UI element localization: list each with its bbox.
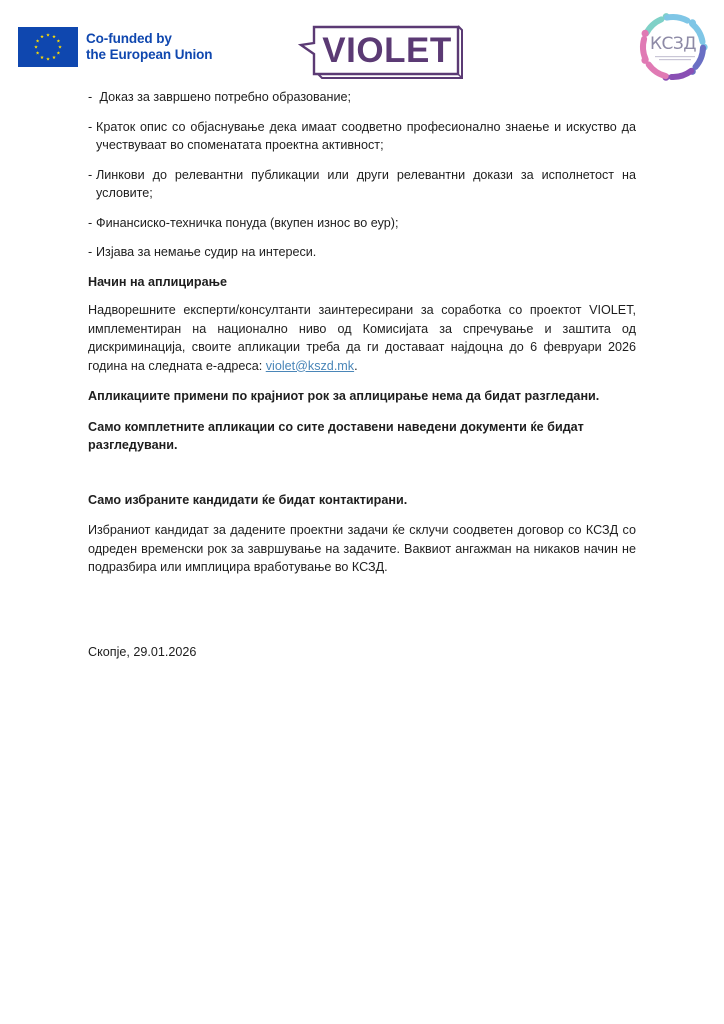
requirement-text: Краток опис со објаснување дека имаат со… [96, 120, 636, 153]
eu-flag-icon [18, 27, 78, 67]
dash-bullet-icon: - [88, 243, 96, 262]
requirement-text: Доказ за завршено потребно образование; [100, 90, 352, 104]
requirement-item: -Краток опис со објаснување дека имаат с… [88, 118, 636, 155]
application-paragraph: Надворешните експерти/консултанти заинте… [88, 301, 636, 375]
requirement-item: - Доказ за завршено потребно образование… [88, 88, 636, 107]
eu-cofunded-text: Co-funded by the European Union [86, 31, 212, 63]
kszd-org-logo: КСЗД [637, 11, 709, 83]
dash-bullet-icon: - [88, 166, 96, 185]
contract-paragraph: Избраниот кандидат за дадените проектни … [88, 521, 636, 577]
eu-cofunded-logo: Co-funded by the European Union [18, 27, 212, 67]
late-applications-note: Апликациите примени по крајниот рок за а… [88, 387, 636, 406]
spacer [88, 467, 636, 491]
document-page: Co-funded by the European Union VIOLET К… [0, 0, 724, 1024]
dash-bullet-icon: - [88, 118, 96, 137]
requirement-item: -Финансиско-техничка понуда (вкупен изно… [88, 214, 636, 233]
requirement-text: Линкови до релевантни публикации или дру… [96, 168, 636, 201]
selected-candidates-note: Само избраните кандидати ќе бидат контак… [88, 491, 636, 510]
application-text-end: . [354, 359, 358, 373]
requirement-text: Изјава за немање судир на интереси. [96, 245, 316, 259]
requirement-item: -Линкови до релевантни публикации или др… [88, 166, 636, 203]
violet-wordmark: VIOLET [316, 28, 458, 74]
requirements-list: - Доказ за завршено потребно образование… [88, 88, 636, 262]
place-date: Скопје, 29.01.2026 [88, 643, 636, 662]
complete-applications-note: Само комплетните апликации со сите доста… [88, 418, 636, 455]
application-heading: Начин на аплицирање [88, 273, 636, 292]
application-text: Надворешните експерти/консултанти заинте… [88, 303, 636, 373]
dash-bullet-icon: - [88, 88, 96, 107]
eu-line-1: Co-funded by [86, 31, 212, 47]
email-link[interactable]: violet@kszd.mk [266, 359, 354, 373]
kszd-subtitle-icon [655, 56, 695, 62]
requirement-text: Финансиско-техничка понуда (вкупен износ… [96, 216, 398, 230]
spacer [88, 589, 636, 643]
eu-line-2: the European Union [86, 47, 212, 63]
kszd-wordmark: КСЗД [637, 34, 709, 54]
violet-project-logo: VIOLET [298, 24, 464, 82]
document-body: - Доказ за завршено потребно образование… [88, 88, 636, 661]
requirement-item: -Изјава за немање судир на интереси. [88, 243, 636, 262]
dash-bullet-icon: - [88, 214, 96, 233]
